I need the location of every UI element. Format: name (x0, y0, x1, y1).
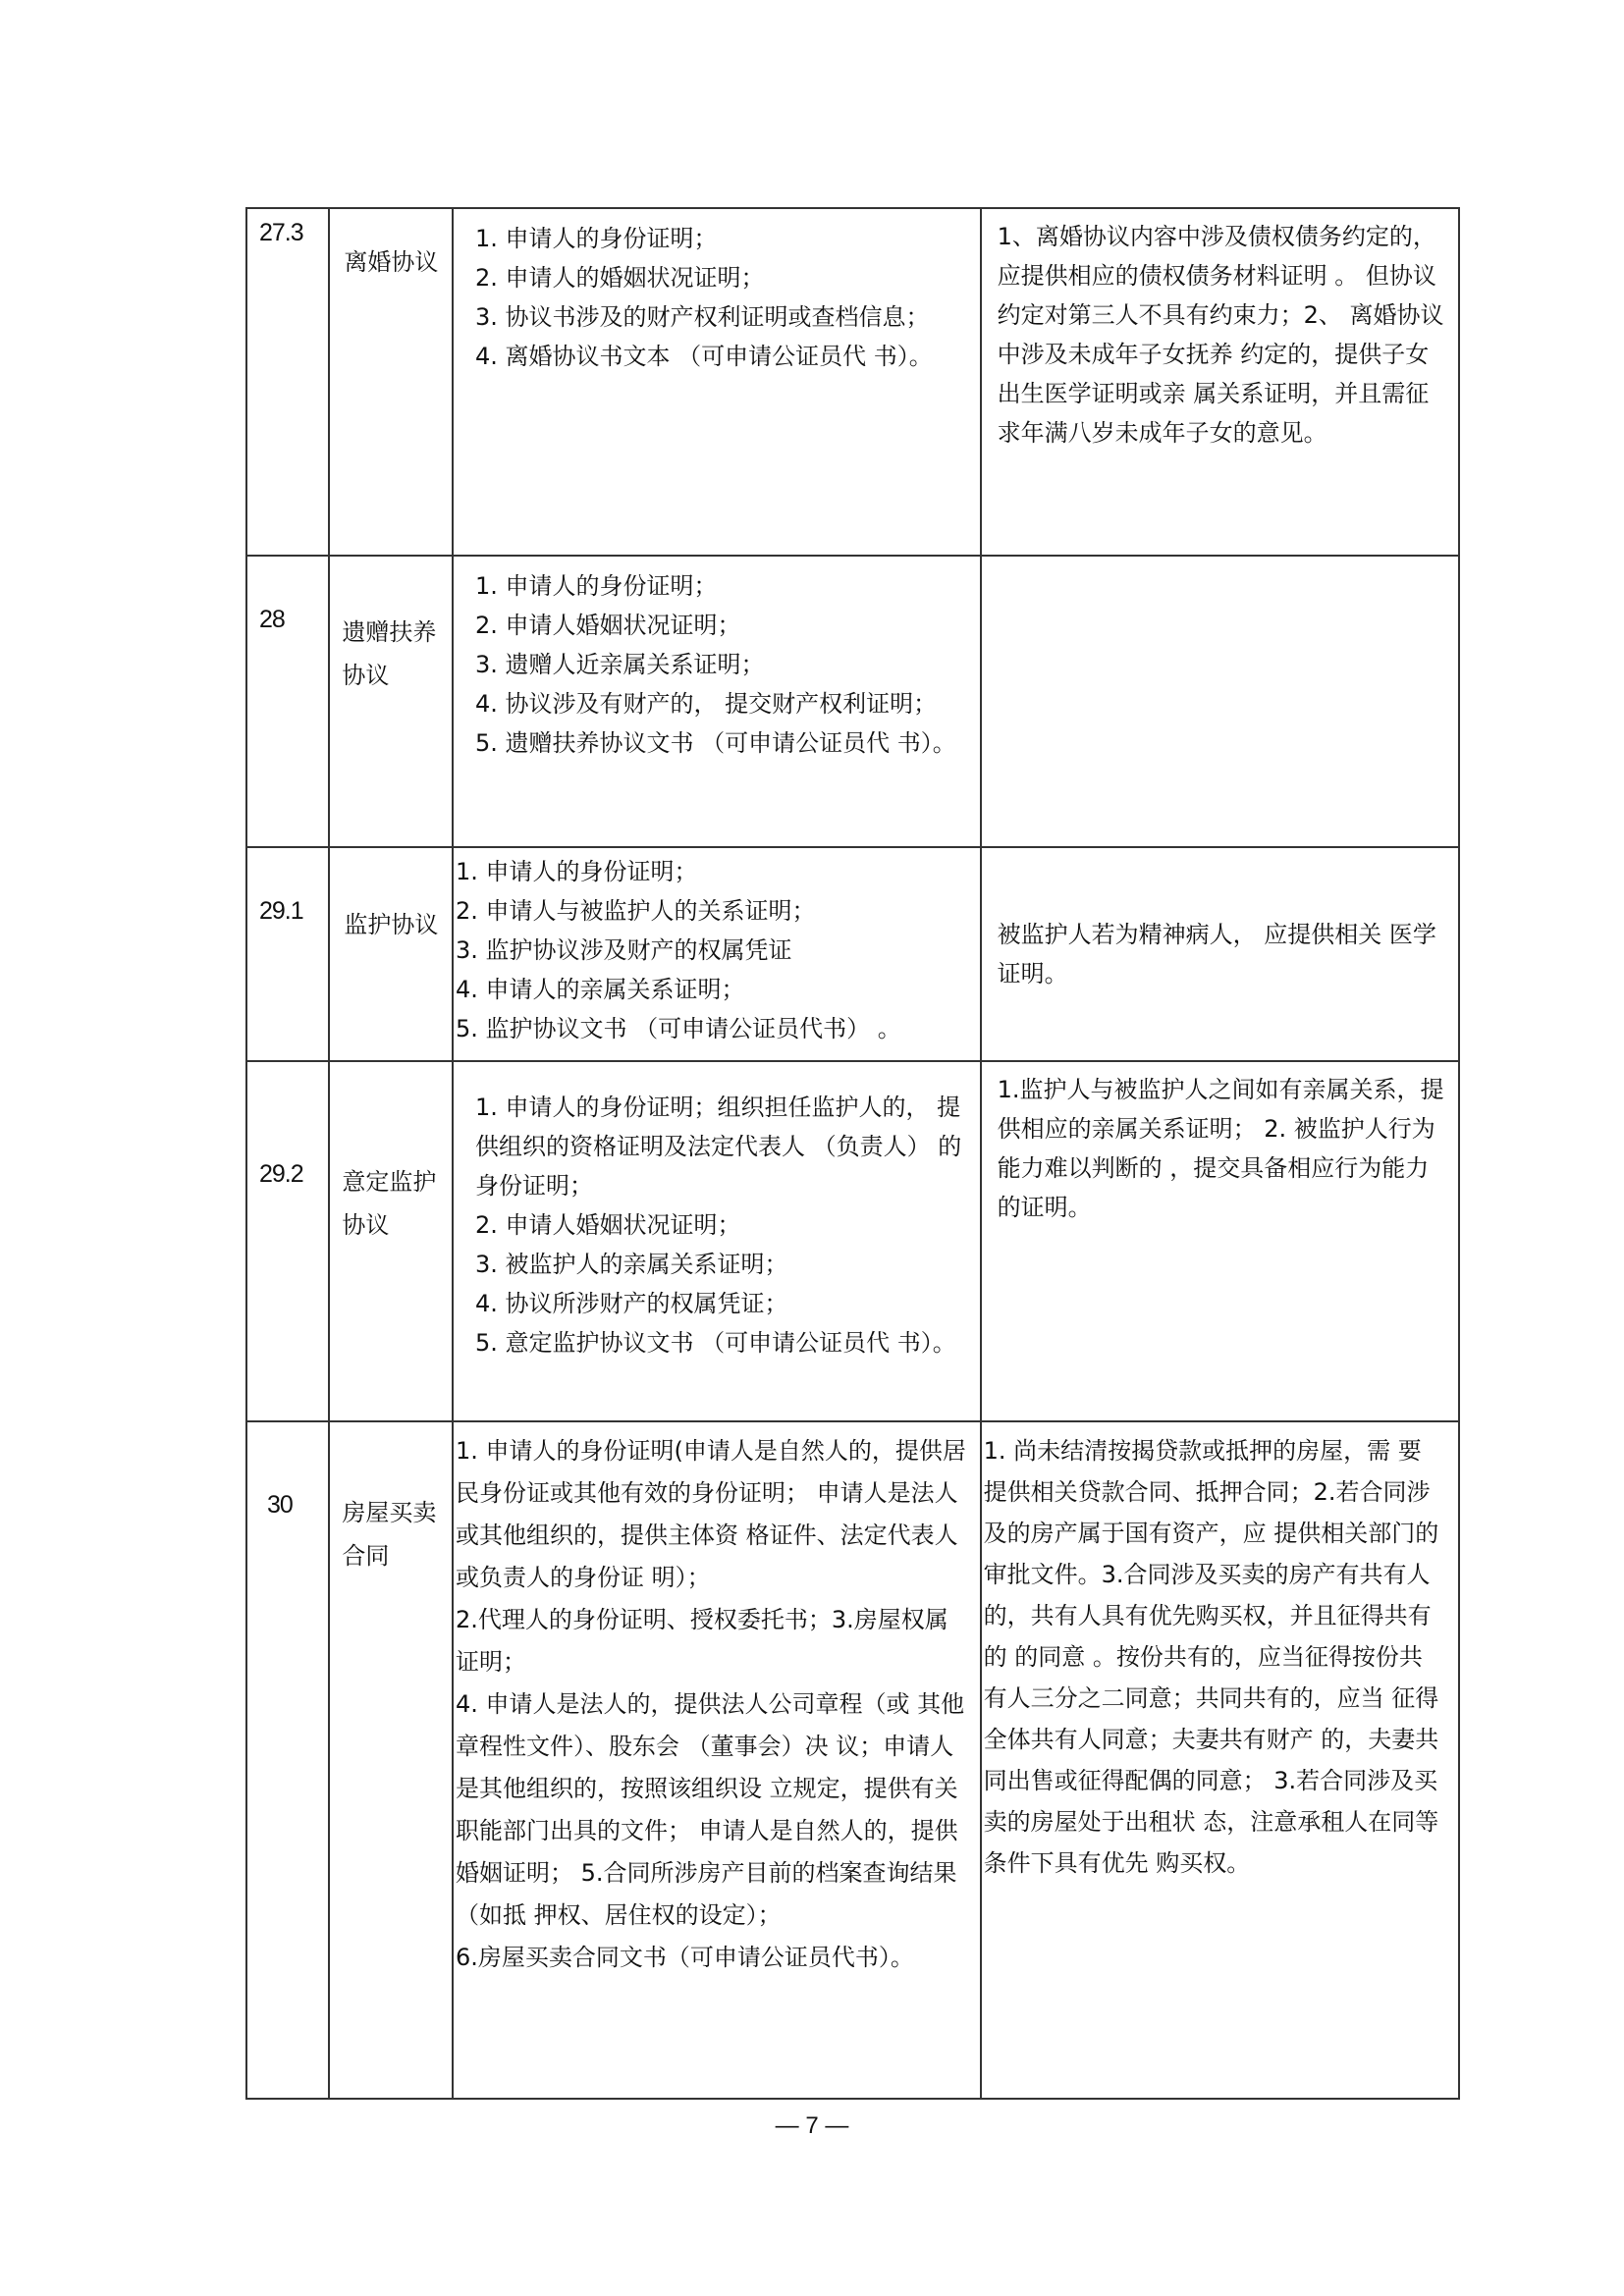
material-item: 2. 申请人与被监护人的关系证明； (456, 891, 970, 931)
page-number: — 7 — (0, 2112, 1624, 2140)
material-item: 5. 意定监护协议文书 （可申请公证员代 书）。 (475, 1323, 970, 1362)
item-name: 遗赠扶养 协议 (330, 557, 452, 697)
item-name-cell: 意定监护 协议 (329, 1061, 453, 1421)
item-number-cell: 29.1 (246, 847, 329, 1061)
material-item: 3. 协议书涉及的财产权利证明或查档信息； (475, 297, 970, 337)
material-item: 4. 申请人的亲属关系证明； (456, 970, 970, 1009)
material-item: 5. 监护协议文书 （可申请公证员代书） 。 (456, 1009, 970, 1048)
material-item: 1. 申请人的身份证明；组织担任监护人的， 提供组织的资格证明及法定代表人 （负… (475, 1088, 970, 1205)
notes-text (982, 557, 1458, 572)
material-item: 3. 遗赠人近亲属关系证明； (475, 645, 970, 684)
notes-text: 1. 尚未结清按揭贷款或抵押的房屋，需 要提供相关贷款合同、抵押合同；2.若合同… (982, 1422, 1458, 1892)
table-row: 30 房屋买卖 合同 1. 申请人的身份证明(申请人是自然人的，提供居民身份证或… (246, 1421, 1459, 2099)
notes-text: 1.监护人与被监护人之间如有亲属关系，提供相应的亲属关系证明； 2. 被监护人行… (982, 1062, 1458, 1235)
material-item: 2. 申请人的婚姻状况证明； (475, 258, 970, 297)
item-name: 房屋买卖 合同 (330, 1422, 452, 1577)
material-item: 4. 协议所涉财产的权属凭证； (475, 1284, 970, 1323)
material-item: 2. 申请人婚姻状况证明； (475, 606, 970, 645)
notes-cell: 1、离婚协议内容中涉及债权债务约定的，应提供相应的债权债务材料证明 。 但协议约… (981, 208, 1459, 556)
item-name-cell: 遗赠扶养 协议 (329, 556, 453, 847)
material-item: 2.代理人的身份证明、授权委托书；3.房屋权属证明； (456, 1599, 970, 1683)
notes-text: 1、离婚协议内容中涉及债权债务约定的，应提供相应的债权债务材料证明 。 但协议约… (982, 209, 1458, 460)
table-row: 28 遗赠扶养 协议 1. 申请人的身份证明； 2. 申请人婚姻状况证明； 3.… (246, 556, 1459, 847)
material-item: 1. 申请人的身份证明(申请人是自然人的，提供居民身份证或其他有效的身份证明； … (456, 1430, 970, 1599)
notes-cell: 1. 尚未结清按揭贷款或抵押的房屋，需 要提供相关贷款合同、抵押合同；2.若合同… (981, 1421, 1459, 2099)
item-name-cell: 监护协议 (329, 847, 453, 1061)
item-number: 27.3 (247, 209, 328, 247)
item-number-cell: 28 (246, 556, 329, 847)
item-name-cell: 房屋买卖 合同 (329, 1421, 453, 2099)
material-item: 4. 离婚协议书文本 （可申请公证员代 书）。 (475, 337, 970, 376)
table-row: 29.2 意定监护 协议 1. 申请人的身份证明；组织担任监护人的， 提供组织的… (246, 1061, 1459, 1421)
item-number: 29.1 (247, 848, 328, 926)
item-name: 监护协议 (330, 848, 452, 946)
material-item: 4. 申请人是法人的，提供法人公司章程（或 其他章程性文件）、股东会 （董事会）… (456, 1683, 970, 1937)
document-page: 27.3 离婚协议 1. 申请人的身份证明； 2. 申请人的婚姻状况证明； 3.… (0, 0, 1624, 2296)
notes-cell: 被监护人若为精神病人， 应提供相关 医学证明。 (981, 847, 1459, 1061)
item-name: 离婚协议 (330, 209, 452, 284)
material-item: 5. 遗赠扶养协议文书 （可申请公证员代 书）。 (475, 723, 970, 763)
materials-cell: 1. 申请人的身份证明； 2. 申请人婚姻状况证明； 3. 遗赠人近亲属关系证明… (453, 556, 981, 847)
notarization-materials-table: 27.3 离婚协议 1. 申请人的身份证明； 2. 申请人的婚姻状况证明； 3.… (245, 207, 1460, 2100)
table-row: 29.1 监护协议 1. 申请人的身份证明； 2. 申请人与被监护人的关系证明；… (246, 847, 1459, 1061)
material-item: 6.房屋买卖合同文书（可申请公证员代书）。 (456, 1937, 970, 1979)
item-name-cell: 离婚协议 (329, 208, 453, 556)
materials-cell: 1. 申请人的身份证明(申请人是自然人的，提供居民身份证或其他有效的身份证明； … (453, 1421, 981, 2099)
materials-cell: 1. 申请人的身份证明；组织担任监护人的， 提供组织的资格证明及法定代表人 （负… (453, 1061, 981, 1421)
item-number: 29.2 (247, 1062, 328, 1189)
item-number-cell: 29.2 (246, 1061, 329, 1421)
materials-cell: 1. 申请人的身份证明； 2. 申请人的婚姻状况证明； 3. 协议书涉及的财产权… (453, 208, 981, 556)
table-row: 27.3 离婚协议 1. 申请人的身份证明； 2. 申请人的婚姻状况证明； 3.… (246, 208, 1459, 556)
notes-text: 被监护人若为精神病人， 应提供相关 医学证明。 (982, 907, 1458, 1001)
notes-cell (981, 556, 1459, 847)
material-item: 1. 申请人的身份证明； (475, 566, 970, 606)
material-item: 2. 申请人婚姻状况证明； (475, 1205, 970, 1245)
item-number: 28 (247, 557, 328, 634)
material-item: 4. 协议涉及有财产的， 提交财产权利证明； (475, 684, 970, 723)
materials-cell: 1. 申请人的身份证明； 2. 申请人与被监护人的关系证明； 3. 监护协议涉及… (453, 847, 981, 1061)
item-name: 意定监护 协议 (330, 1062, 452, 1247)
material-item: 3. 被监护人的亲属关系证明； (475, 1245, 970, 1284)
notes-cell: 1.监护人与被监护人之间如有亲属关系，提供相应的亲属关系证明； 2. 被监护人行… (981, 1061, 1459, 1421)
material-item: 1. 申请人的身份证明； (475, 219, 970, 258)
material-item: 1. 申请人的身份证明； (456, 852, 970, 891)
item-number-cell: 30 (246, 1421, 329, 2099)
item-number-cell: 27.3 (246, 208, 329, 556)
item-number: 30 (247, 1422, 328, 1520)
material-item: 3. 监护协议涉及财产的权属凭证 (456, 931, 970, 970)
